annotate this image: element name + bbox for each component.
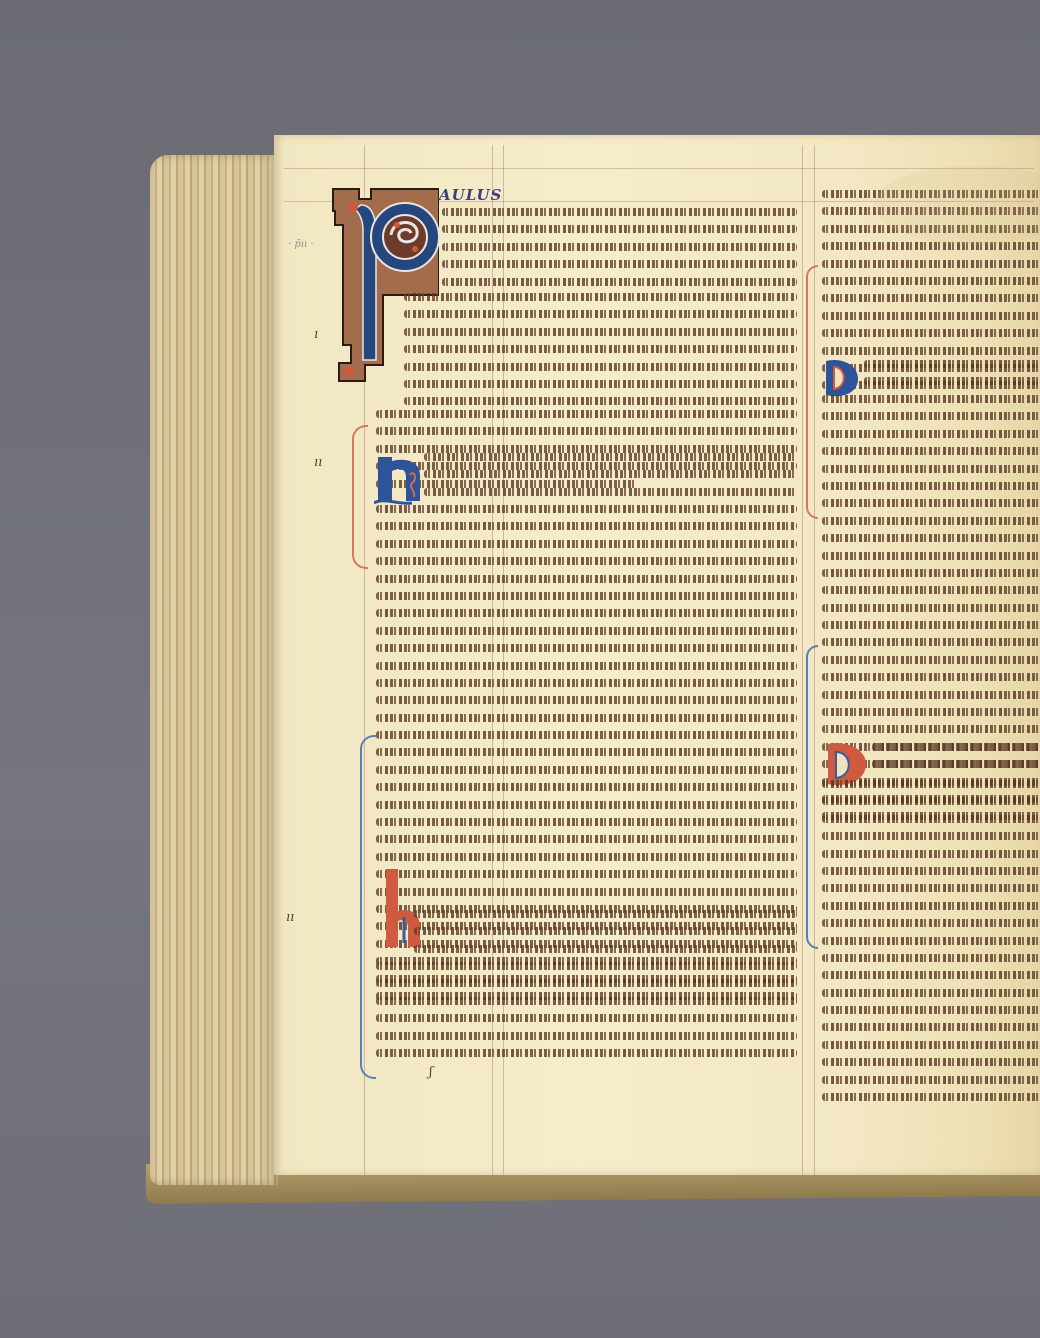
text-line bbox=[822, 937, 1040, 945]
text-line bbox=[376, 801, 797, 809]
ruling-line bbox=[284, 168, 1034, 169]
text-line bbox=[376, 662, 797, 670]
text-line bbox=[822, 430, 1040, 438]
text-line bbox=[376, 427, 797, 435]
text-line bbox=[376, 644, 797, 652]
text-line bbox=[872, 760, 1040, 768]
text-line bbox=[404, 345, 797, 353]
text-column-left bbox=[376, 962, 797, 1066]
text-line bbox=[376, 696, 797, 704]
margin-mark: ı bbox=[314, 327, 318, 342]
text-line bbox=[414, 910, 797, 918]
incipit-heading: AULUS bbox=[439, 186, 502, 204]
text-line bbox=[376, 410, 797, 418]
text-line bbox=[822, 277, 1040, 285]
text-line bbox=[822, 395, 1040, 403]
text-line bbox=[376, 818, 797, 826]
text-line bbox=[822, 499, 1040, 507]
text-line bbox=[822, 569, 1040, 577]
text-line bbox=[822, 797, 1040, 805]
text-line bbox=[376, 979, 797, 987]
text-line bbox=[822, 1076, 1040, 1084]
decorated-initial-n bbox=[374, 453, 424, 505]
text-line bbox=[822, 1058, 1040, 1066]
text-line bbox=[822, 534, 1040, 542]
pen-flourish-blue bbox=[360, 735, 376, 1079]
text-line bbox=[424, 470, 797, 478]
text-line bbox=[376, 505, 797, 513]
text-line bbox=[822, 1006, 1040, 1014]
page-edges bbox=[150, 155, 278, 1185]
text-line bbox=[376, 783, 797, 791]
text-line bbox=[822, 1023, 1040, 1031]
text-line bbox=[414, 945, 797, 953]
text-line bbox=[376, 853, 797, 861]
ruling-line bbox=[802, 145, 803, 1175]
text-line bbox=[864, 377, 1040, 385]
text-line bbox=[822, 329, 1040, 337]
text-line bbox=[822, 294, 1040, 302]
manuscript-page: · p̄ıı · ı ıı ıı ʃ · iiij · AULUS bbox=[274, 135, 1040, 1175]
text-line bbox=[404, 397, 797, 405]
pen-flourish-blue bbox=[806, 645, 818, 949]
text-line bbox=[376, 1014, 797, 1022]
text-line bbox=[376, 1032, 797, 1040]
text-line bbox=[376, 575, 797, 583]
text-line bbox=[376, 592, 797, 600]
text-line bbox=[442, 225, 797, 233]
text-line bbox=[822, 621, 1040, 629]
text-line bbox=[822, 708, 1040, 716]
text-line bbox=[376, 1049, 797, 1057]
text-line bbox=[822, 604, 1040, 612]
text-line bbox=[872, 743, 1040, 751]
text-line bbox=[822, 673, 1040, 681]
margin-note-folio: · p̄ıı · bbox=[288, 239, 314, 250]
text-line bbox=[424, 453, 797, 461]
manuscript-book: · p̄ıı · ı ıı ıı ʃ · iiij · AULUS bbox=[146, 135, 1040, 1200]
text-line bbox=[822, 919, 1040, 927]
text-line bbox=[822, 552, 1040, 560]
decorated-initial-d-blue bbox=[822, 357, 860, 399]
text-column-left bbox=[404, 293, 797, 415]
text-line bbox=[376, 714, 797, 722]
text-line bbox=[376, 962, 797, 970]
text-line bbox=[822, 850, 1040, 858]
text-column-right bbox=[822, 780, 1040, 1110]
text-line bbox=[376, 888, 797, 896]
text-line bbox=[864, 360, 1040, 368]
text-line bbox=[442, 278, 797, 286]
text-line bbox=[376, 609, 797, 617]
text-line bbox=[822, 1041, 1040, 1049]
text-line bbox=[822, 815, 1040, 823]
text-line bbox=[822, 447, 1040, 455]
text-line bbox=[822, 989, 1040, 997]
margin-mark: ıı bbox=[286, 910, 294, 925]
text-line bbox=[442, 208, 797, 216]
text-line bbox=[822, 312, 1040, 320]
text-line bbox=[442, 243, 797, 251]
text-column-left bbox=[414, 910, 797, 962]
text-line bbox=[822, 347, 1040, 355]
text-line bbox=[376, 766, 797, 774]
text-line bbox=[376, 445, 797, 453]
text-line bbox=[404, 328, 797, 336]
text-line bbox=[376, 870, 797, 878]
text-line bbox=[822, 867, 1040, 875]
text-column-left bbox=[424, 453, 797, 505]
text-line bbox=[822, 884, 1040, 892]
text-line bbox=[822, 725, 1040, 733]
text-line bbox=[822, 832, 1040, 840]
margin-mark: ıı bbox=[314, 455, 322, 470]
text-line bbox=[822, 586, 1040, 594]
text-line bbox=[376, 540, 797, 548]
text-line bbox=[424, 488, 797, 496]
text-line bbox=[404, 363, 797, 371]
text-line bbox=[822, 242, 1040, 250]
text-line bbox=[404, 310, 797, 318]
text-line bbox=[376, 679, 797, 687]
text-line bbox=[376, 557, 797, 565]
text-line bbox=[822, 954, 1040, 962]
text-line bbox=[376, 522, 797, 530]
text-line bbox=[822, 656, 1040, 664]
text-line bbox=[822, 412, 1040, 420]
text-line bbox=[822, 517, 1040, 525]
text-line bbox=[442, 260, 797, 268]
text-line bbox=[822, 691, 1040, 699]
text-line bbox=[404, 293, 797, 301]
text-column-right bbox=[872, 743, 1040, 778]
text-line bbox=[376, 997, 797, 1005]
text-line bbox=[822, 638, 1040, 646]
text-line bbox=[376, 748, 797, 756]
text-line bbox=[404, 380, 797, 388]
text-line bbox=[376, 731, 797, 739]
text-line bbox=[822, 902, 1040, 910]
text-line bbox=[376, 835, 797, 843]
text-line bbox=[822, 465, 1040, 473]
text-line bbox=[822, 780, 1040, 788]
text-column-left bbox=[442, 208, 797, 295]
text-line bbox=[414, 927, 797, 935]
text-line bbox=[822, 482, 1040, 490]
pen-flourish-red bbox=[806, 265, 818, 519]
text-line bbox=[822, 260, 1040, 268]
pen-flourish-red bbox=[352, 425, 368, 569]
text-column-right bbox=[864, 360, 1040, 395]
margin-mark: ʃ bbox=[429, 1065, 433, 1080]
text-line bbox=[822, 1093, 1040, 1101]
text-line bbox=[376, 627, 797, 635]
text-line bbox=[822, 971, 1040, 979]
